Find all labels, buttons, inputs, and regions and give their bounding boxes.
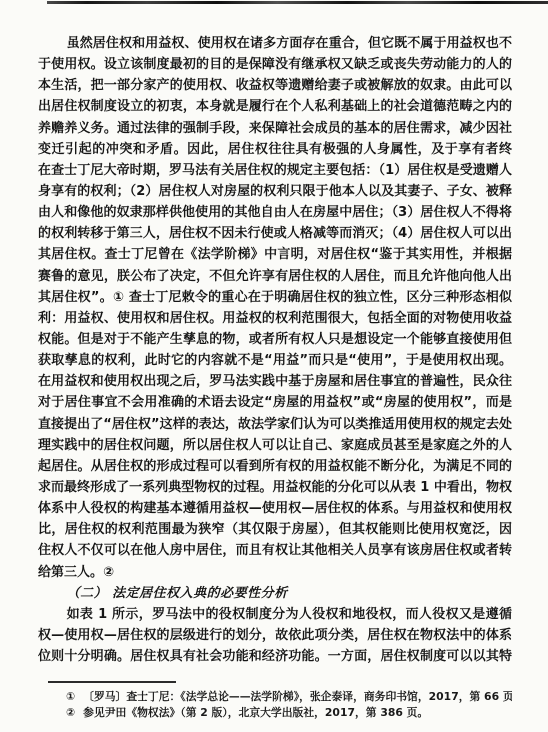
- text-line: 起居住。从居住权的形成过程可以看到所有权的用益权能不断分化，为满足不同的需: [38, 456, 512, 477]
- scanned-book-page: 虽然居住权和用益权、使用权在诸多方面存在重合，但它既不属于用益权也不属于使用权。…: [0, 0, 548, 732]
- text-line: 利：用益权、使用权和居住权。用益权的权利范围很大，包括全面的对物使用收益的: [38, 308, 512, 329]
- scan-artifact-line: [47, 1, 548, 4]
- text-line: 住权人不仅可以在他人房中居住，而且有权让其他相关人员享有该房居住权或者转租: [38, 540, 512, 561]
- text-line: 在用益权和使用权出现之后，罗马法实践中基于房屋和居住事宜的普遍性，民众往往: [38, 371, 512, 392]
- text-line: 的权利转移于第三人，居住权不因未行使或人格减等而消灭；（4）居住权人可以出租: [38, 223, 512, 244]
- text-line: 对于居住事宜不会用准确的术语去设定“房屋的用益权”或“房屋的使用权”，而是: [38, 392, 512, 413]
- text-line: 理实践中的居住权问题，所以居住权人可以让自己、家庭成员甚至是家庭之外的人一: [38, 435, 512, 456]
- footnote-2-marker: ②: [66, 706, 75, 719]
- footnote-2-text: 参见尹田《物权法》（第 2 版），北京大学出版社，2017，第 386 页。: [83, 706, 428, 719]
- section-heading: （二） 法定居住权入典的必要性分析: [38, 583, 512, 604]
- text-line: 求而最终形成了一系列典型物权的过程。用益权能的分化可以从表 1 中看出，物权法: [38, 477, 512, 498]
- body-text: 虽然居住权和用益权、使用权在诸多方面存在重合，但它既不属于用益权也不属于使用权。…: [38, 33, 512, 667]
- text-line: 比，居住权的权利范围最为狭窄（其仅限于房屋），但其权能则比使用权宽泛，因为居: [38, 519, 512, 540]
- text-line: 身享有的权利；（2）居住权人对房屋的权利只限于他本人以及其妻子、子女、被释自: [38, 181, 512, 202]
- footnote-2: ②参见尹田《物权法》（第 2 版），北京大学出版社，2017，第 386 页。: [38, 705, 512, 721]
- footnote-1-text: 〔罗马〕查士丁尼：《法学总论——法学阶梯》，张企泰译，商务印书馆，2017，第 …: [83, 690, 512, 703]
- text-line: 获取孳息的权利，此时它的内容就不是“用益”而只是“使用”，于是使用权出现。: [38, 350, 512, 371]
- footnote-separator: [48, 681, 176, 683]
- text-line: 如表 1 所示，罗马法中的役权制度分为人役权和地役权，而人役权又是遵循用益: [38, 604, 512, 625]
- text-line: 养赡养义务。通过法律的强制手段，来保障社会成员的基本的居住需求，减少因社会: [38, 118, 512, 139]
- text-line: 权—使用权—居住权的层级进行的划分，故依此项分类，居住权在物权法中的体系地: [38, 625, 512, 646]
- text-line: 给第三人。②: [38, 562, 512, 583]
- text-line: 变迁引起的冲突和矛盾。因此，居住权往往具有极强的人身属性，及于享有者终身。: [38, 139, 512, 160]
- footnote-list: ①〔罗马〕查士丁尼：《法学总论——法学阶梯》，张企泰译，商务印书馆，2017，第…: [38, 689, 512, 721]
- text-line: 本生活，把一部分家产的使用权、收益权等遗赠给妻子或被解放的奴隶。由此可以看: [38, 75, 512, 96]
- text-line: 虽然居住权和用益权、使用权在诸多方面存在重合，但它既不属于用益权也不属: [38, 33, 512, 54]
- text-line: 体系中人役权的构建基本遵循用益权—使用权—居住权的体系。与用益权和使用权相: [38, 498, 512, 519]
- text-line: 直接提出了“居住权”这样的表达，故法学家们认为可以类推适用使用权的规定去处: [38, 414, 512, 435]
- text-line: 其居住权。查士丁尼曾在《法学阶梯》中言明，对居住权“鉴于其实用性，并根据马: [38, 244, 512, 265]
- footnote-1-marker: ①: [66, 690, 75, 703]
- text-line: 赛鲁的意见，朕公布了决定，不但允许享有居住权的人居住，而且允许他向他人出租: [38, 266, 512, 287]
- text-line: 其居住权”。① 查士丁尼敕令的重心在于明确居住权的独立性，区分三种形态相似的权: [38, 287, 512, 308]
- footnote-area: ①〔罗马〕查士丁尼：《法学总论——法学阶梯》，张企泰译，商务印书馆，2017，第…: [38, 681, 512, 721]
- text-line: 由人和像他的奴隶那样供他使用的其他自由人在房屋中居住；（3）居住权人不得将他: [38, 202, 512, 223]
- text-line: 位则十分明确。居住权具有社会功能和经济功能。一方面，居住权制度可以以其特有: [38, 646, 512, 667]
- text-line: 权能。但是对于不能产生孳息的物，或者所有权人只是想设定一个能够直接使用但不: [38, 329, 512, 350]
- text-line: 出居住权制度设立的初衷，本身就是履行在个人私利基础上的社会道德范畴之内的扶: [38, 96, 512, 117]
- text-line: 在查士丁尼大帝时期，罗马法有关居住权的规定主要包括：（1）居住权是受遗赠人终: [38, 160, 512, 181]
- footnote-1: ①〔罗马〕查士丁尼：《法学总论——法学阶梯》，张企泰译，商务印书馆，2017，第…: [38, 689, 512, 705]
- text-line: 于使用权。设立该制度最初的目的是保障没有继承权又缺乏或丧失劳动能力的人的基: [38, 54, 512, 75]
